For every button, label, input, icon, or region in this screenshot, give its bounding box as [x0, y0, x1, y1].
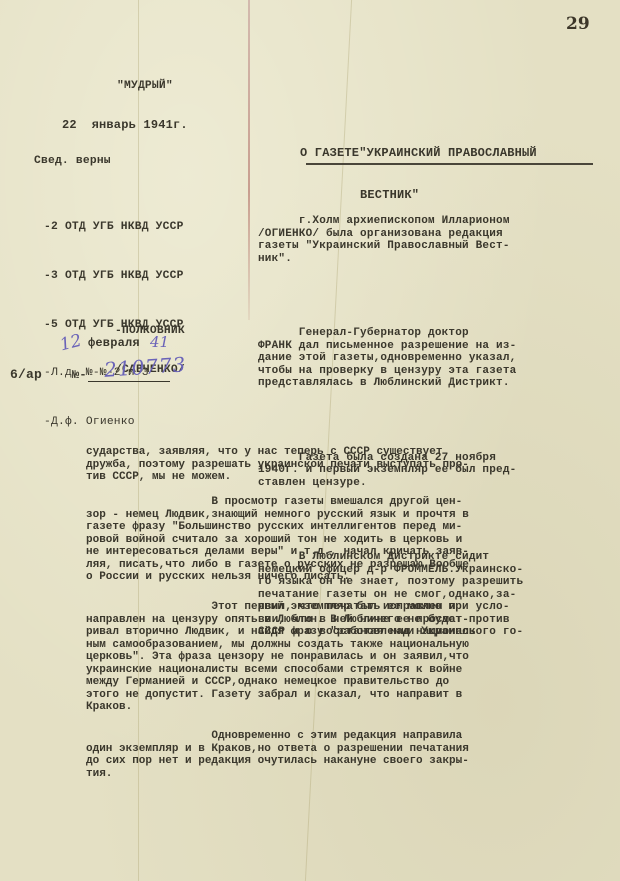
paragraph: г.Холм архиепископом Илларионом /ОГИЕНКО…	[258, 215, 598, 265]
codename: "МУДРЫЙ"	[117, 80, 173, 92]
distribution-item: -3 ОТД УГБ НКВД УССР	[44, 268, 184, 284]
title-line-1: О ГАЗЕТЕ"УКРАИНСКИЙ ПРАВОСЛАВНЫЙ	[300, 146, 537, 160]
paragraph: В просмотр газеты вмешался другой цен- з…	[86, 496, 596, 584]
paragraph: Одновременно с этим редакция направила о…	[86, 730, 596, 780]
paragraph: Генерал-Губернатор доктор ФРАНК дал пись…	[258, 327, 598, 390]
verified-label: Свед. верны	[34, 155, 111, 167]
registration-month: февраля	[88, 337, 140, 349]
paragraph: Этот первый экземпляр был исправлен и на…	[86, 601, 596, 714]
reference-number-label: №-	[72, 369, 87, 381]
handwritten-year: 41	[150, 333, 169, 351]
red-margin-line	[248, 0, 250, 320]
reference-underline	[88, 381, 170, 382]
distribution-item: -2 ОТД УГБ НКВД УССР	[44, 219, 184, 235]
paragraph: сударства, заявляя, что у нас теперь с С…	[86, 446, 596, 484]
title-underline	[306, 163, 593, 165]
distribution-item: -Д.ф. Огиенко	[44, 414, 184, 430]
document-date: 22 январь 1941г.	[62, 119, 188, 131]
reference-prefix: 6/ар	[10, 369, 42, 381]
page-number: 29	[566, 14, 590, 34]
